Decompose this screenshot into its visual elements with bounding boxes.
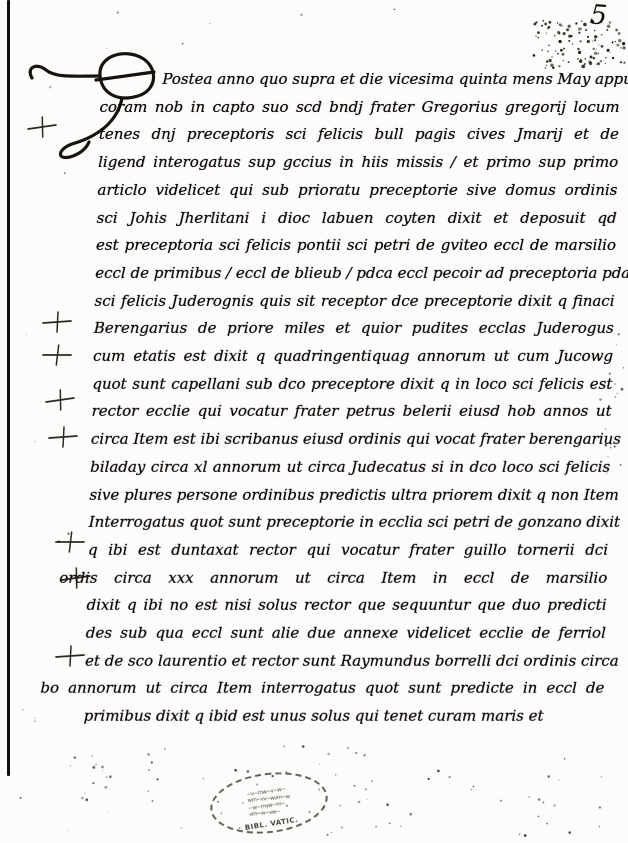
- manuscript-line: articlo videlicet qui sub prioratu prece…: [97, 177, 618, 205]
- manuscript-line: biladay circa xl annorum ut circa Judeca…: [90, 454, 611, 482]
- manuscript-line: Postea anno quo supra et die vicesima qu…: [100, 66, 621, 94]
- marginal-cross-mark: [40, 341, 74, 369]
- manuscript-line: et de sco laurentio et rector sunt Raymu…: [85, 648, 606, 676]
- manuscript-line: Interrogatus quot sunt preceptorie in ec…: [88, 509, 609, 537]
- manuscript-line: Berengarius de priore miles et quior pud…: [93, 315, 614, 343]
- library-stamp: ~v~mw~v~w~wm~vv~wvm~w~w~mvw~m~vm~w~vw~ B…: [207, 766, 331, 840]
- manuscript-line: quot sunt capellani sub dco preceptore d…: [92, 371, 613, 399]
- marginal-cross-mark: [47, 424, 79, 450]
- stamp-illegible-rows: ~v~mw~v~w~wm~vv~wvm~w~w~mvw~m~vm~w~vw~: [246, 787, 291, 820]
- marginal-cross-mark: [59, 564, 93, 592]
- folio-number: 5: [589, 0, 608, 32]
- manuscript-line: tenes dnj preceptoris sci felicis bull p…: [99, 121, 620, 149]
- manuscript-line: q ibi est duntaxat rector qui vocatur fr…: [88, 537, 609, 565]
- manuscript-line: sci Johis Jherlitani i dioc labuen coyte…: [96, 205, 617, 233]
- manuscript-line: coram nob in capto suo scd bndj frater G…: [99, 94, 620, 122]
- manuscript-line: circa Item est ibi scribanus eiusd ordin…: [91, 426, 612, 454]
- manuscript-text: Postea anno quo supra et die vicesima qu…: [83, 66, 620, 731]
- marginal-cross-mark: [53, 528, 87, 556]
- marginal-cross-mark: [41, 309, 73, 335]
- manuscript-line: ligend interogatus sup gccius in hiis mi…: [98, 149, 619, 177]
- manuscript-line: cum etatis est dixit q quadringentiquag …: [93, 343, 614, 371]
- scan-edge-left: [7, 0, 10, 776]
- manuscript-line: primibus dixit q ibid est unus solus qui…: [83, 703, 584, 731]
- manuscript-line: eccl de primibus / eccl de blieub / pdca…: [95, 260, 616, 288]
- marginal-cross-mark: [43, 386, 77, 414]
- manuscript-page: 5 Postea anno quo supra et die vicesima …: [0, 0, 628, 843]
- manuscript-line: sive plures persone ordinibus predictis …: [89, 482, 610, 510]
- manuscript-line: sci felicis Juderognis quis sit receptor…: [94, 288, 615, 316]
- manuscript-line: bo annorum ut circa Item interrogatus qu…: [40, 675, 605, 703]
- manuscript-line: dixit q ibi no est nisi solus rector que…: [86, 592, 607, 620]
- marginal-cross-mark: [54, 643, 86, 669]
- manuscript-line: rector ecclie qui vocatur frater petrus …: [91, 398, 612, 426]
- manuscript-line: des sub qua eccl sunt alie due annexe vi…: [85, 620, 606, 648]
- manuscript-line: est preceptoria sci felicis pontii sci p…: [96, 232, 617, 260]
- marginal-cross-mark: [25, 113, 59, 141]
- manuscript-line: ordis circa xxx annorum ut circa Item in…: [59, 565, 608, 593]
